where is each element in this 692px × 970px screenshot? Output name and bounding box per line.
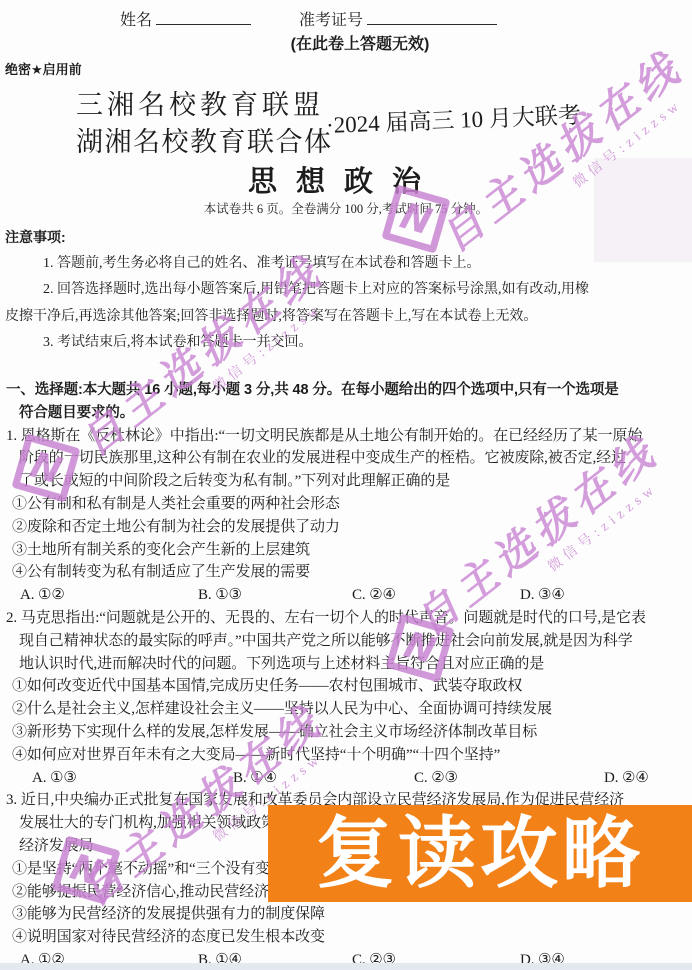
- promo-banner: 复读攻略: [268, 805, 692, 902]
- notice-line: 2. 回答选择题时,选出每小题答案后,用铅笔把答题卡上对应的答案标号涂黑,如有改…: [5, 277, 690, 304]
- question-line: 现自己精神状态的最实际的呼声。”中国共产党之所以能够不断推进社会向前发展,就是因…: [6, 630, 692, 653]
- option-c: C. ②④: [352, 584, 396, 607]
- notice-line: 3. 考试结束后,将本试卷和答题卡一并交回。: [5, 330, 690, 357]
- name-ticket-row: 姓名 准考证号: [120, 7, 497, 30]
- section-header-line: 一、选择题:本大题共 16 小题,每小题 3 分,共 48 分。在每小题给出的四…: [6, 379, 692, 402]
- option-b: B. ①④: [233, 767, 277, 790]
- exam-session: ·2024 届高三 10 月大联考: [325, 97, 581, 140]
- notice-line: 皮擦干净后,再选涂其他答案;回答非选择题时,将答案写在答题卡上,写在本试卷上无效…: [5, 304, 690, 331]
- statement-line: ②什么是社会主义,怎样建设社会主义——坚持以人民为中心、全面协调可持续发展: [6, 698, 692, 721]
- statement-line: ①公有制和私有制是人类社会重要的两种社会形态: [6, 493, 692, 516]
- statement-line: ③能够为民营经济的发展提供强有力的制度保障: [6, 903, 692, 926]
- exam-paper-page: 姓名 准考证号 (在此卷上答题无效) 绝密★启用前 三湘名校教育联盟 湖湘名校教…: [0, 0, 692, 970]
- invalid-answer-note: (在此卷上答题无效): [0, 31, 692, 54]
- option-c: C. ②③: [414, 767, 458, 790]
- options-row: A. ①② B. ①③ C. ②④ D. ③④: [6, 584, 692, 607]
- org-line-2: 湖湘名校教育联合体: [76, 120, 333, 159]
- notice-section: 注意事项: 1. 答题前,考生务必将自己的姓名、准考证号填写在本试卷和答题卡上。…: [5, 224, 690, 357]
- option-d: D. ③④: [520, 584, 565, 607]
- subject-title: 思想政治: [248, 159, 440, 200]
- bottom-scan-strip: [0, 963, 692, 970]
- promo-banner-text: 复读攻略: [316, 805, 644, 902]
- options-row: A. ①③ B. ①④ C. ②③ D. ②④: [6, 767, 692, 790]
- option-b: B. ①③: [198, 584, 242, 607]
- name-blank-line: [156, 10, 251, 25]
- question-line: 了或长或短的中间阶段之后转变为私有制。”下列对此理解正确的是: [6, 470, 692, 493]
- statement-line: ④如何应对世界百年未有之大变局——新时代坚持“十个明确”“十四个坚持”: [6, 744, 692, 767]
- question-line: 1. 恩格斯在《反杜林论》中指出:“一切文明民族都是从土地公有制开始的。在已经经…: [6, 425, 692, 448]
- name-label: 姓名: [120, 12, 152, 29]
- question-line: 2. 马克思指出:“问题就是公开的、无畏的、左右一切个人的时代声音。问题就是时代…: [6, 607, 692, 630]
- notice-title: 注意事项:: [5, 224, 690, 251]
- section-header-line: 符合题目要求的。: [6, 402, 692, 425]
- secret-label: 绝密★启用前: [5, 59, 82, 78]
- org-line-1: 三湘名校教育联盟: [76, 83, 324, 122]
- notice-line: 1. 答题前,考生务必将自己的姓名、准考证号填写在本试卷和答题卡上。: [5, 251, 690, 278]
- ticket-blank-line: [367, 10, 497, 25]
- option-d: D. ②④: [604, 767, 649, 790]
- statement-line: ③新形势下实现什么样的发展,怎样发展——确立社会主义市场经济体制改革目标: [6, 721, 692, 744]
- statement-line: ①如何改变近代中国基本国情,完成历史任务——农村包围城市、武装夺取政权: [6, 675, 692, 698]
- ticket-label: 准考证号: [299, 12, 363, 29]
- question-line: 阶段的一切民族那里,这种公有制在农业的发展进程中变成生产的桎梏。它被废除,被否定…: [6, 447, 692, 470]
- option-a: A. ①②: [20, 584, 65, 607]
- statement-line: ③土地所有制关系的变化会产生新的上层建筑: [6, 539, 692, 562]
- option-a: A. ①③: [32, 767, 77, 790]
- statement-line: ④公有制转变为私有制适应了生产发展的需要: [6, 561, 692, 584]
- paper-info: 本试卷共 6 页。全卷满分 100 分,考试时间 75 分钟。: [0, 199, 692, 217]
- question-line: 地认识时代,进而解决时代的问题。下列选项与上述材料主旨符合且对应正确的是: [6, 653, 692, 676]
- statement-line: ④说明国家对待民营经济的态度已发生根本改变: [6, 926, 692, 949]
- statement-line: ②废除和否定土地公有制为社会的发展提供了动力: [6, 516, 692, 539]
